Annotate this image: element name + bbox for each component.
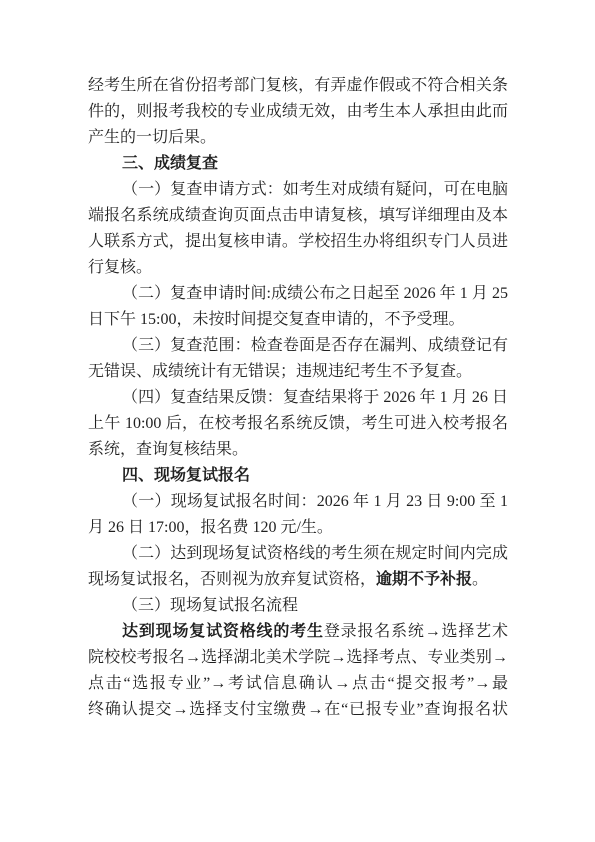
text-line: 人联系方式，提出复核申请。学校招生办将组织专门人员进 (88, 229, 508, 255)
text-line: （二）复查申请时间:成绩公布之日起至 2026 年 1 月 25 (88, 281, 508, 307)
text-line: 日下午 15:00，未按时间提交复查申请的，不予受理。 (88, 307, 508, 333)
text-segment: 件的，则报考我校的专业成绩无效，由考生本人承担由此而 (88, 103, 508, 120)
text-line: 点击“选报专业”→考试信息确认→点击“提交报考”→最 (88, 671, 508, 697)
text-line: （三）复查范围：检查卷面是否存在漏判、成绩登记有 (88, 333, 508, 359)
text-segment: 无错误、成绩统计有无错误；违规违纪考生不予复查。 (88, 363, 472, 380)
bold-text-segment: 达到现场复试资格线的考生 (122, 623, 324, 640)
text-segment: （一）现场复试报名时间：2026 年 1 月 23 日 9:00 至 1 (122, 493, 508, 510)
text-line: （四）复查结果反馈：复查结果将于 2026 年 1 月 26 日 (88, 385, 508, 411)
text-line: 行复核。 (88, 255, 508, 281)
bold-text-segment: 三、成绩复查 (122, 155, 218, 172)
text-line: （一）复查申请方式：如考生对成绩有疑问，可在电脑 (88, 177, 508, 203)
text-line: 产生的一切后果。 (88, 125, 508, 151)
text-line: 件的，则报考我校的专业成绩无效，由考生本人承担由此而 (88, 99, 508, 125)
section-heading: 三、成绩复查 (88, 151, 508, 177)
text-segment: 经考生所在省份招考部门复核，有弄虚作假或不符合相关条 (88, 77, 508, 94)
text-segment: 终确认提交→选择支付宝缴费→在“已报专业”查询报名状 (88, 701, 508, 718)
text-segment: 端报名系统成绩查询页面点击申请复核，填写详细理由及本 (88, 207, 508, 224)
text-line: （二）达到现场复试资格线的考生须在规定时间内完成 (88, 541, 508, 567)
text-line: 月 26 日 17:00，报名费 120 元/生。 (88, 515, 508, 541)
text-line: 经考生所在省份招考部门复核，有弄虚作假或不符合相关条 (88, 73, 508, 99)
text-segment: 产生的一切后果。 (88, 129, 216, 146)
text-segment: （三）现场复试报名流程 (122, 597, 298, 614)
text-segment: 行复核。 (88, 259, 152, 276)
text-line: 上午 10:00 后，在校考报名系统反馈，考生可进入校考报名 (88, 411, 508, 437)
text-line: 现场复试报名，否则视为放弃复试资格，逾期不予补报。 (88, 567, 508, 593)
text-segment: 。 (472, 571, 488, 588)
text-segment: 院校校考报名→选择湖北美术学院→选择考点、专业类别→ (88, 649, 508, 666)
text-segment: 上午 10:00 后，在校考报名系统反馈，考生可进入校考报名 (88, 415, 508, 432)
text-line: 终确认提交→选择支付宝缴费→在“已报专业”查询报名状 (88, 697, 508, 723)
text-line: 端报名系统成绩查询页面点击申请复核，填写详细理由及本 (88, 203, 508, 229)
text-segment: （三）复查范围：检查卷面是否存在漏判、成绩登记有 (122, 337, 508, 354)
text-line: 达到现场复试资格线的考生登录报名系统→选择艺术 (88, 619, 508, 645)
text-line: 无错误、成绩统计有无错误；违规违纪考生不予复查。 (88, 359, 508, 385)
text-segment: 登录报名系统→选择艺术 (324, 623, 508, 640)
text-segment: 月 26 日 17:00，报名费 120 元/生。 (88, 519, 333, 536)
text-segment: 系统，查询复核结果。 (88, 441, 248, 458)
text-line: （一）现场复试报名时间：2026 年 1 月 23 日 9:00 至 1 (88, 489, 508, 515)
text-segment: （一）复查申请方式：如考生对成绩有疑问，可在电脑 (122, 181, 508, 198)
text-segment: 人联系方式，提出复核申请。学校招生办将组织专门人员进 (88, 233, 508, 250)
text-line: （三）现场复试报名流程 (88, 593, 508, 619)
text-segment: （四）复查结果反馈：复查结果将于 2026 年 1 月 26 日 (122, 389, 508, 406)
bold-text-segment: 逾期不予补报 (376, 571, 472, 588)
text-segment: 点击“选报专业”→考试信息确认→点击“提交报考”→最 (88, 675, 508, 692)
text-line: 院校校考报名→选择湖北美术学院→选择考点、专业类别→ (88, 645, 508, 671)
text-block: 经考生所在省份招考部门复核，有弄虚作假或不符合相关条件的，则报考我校的专业成绩无… (88, 73, 508, 723)
text-segment: 日下午 15:00，未按时间提交复查申请的，不予受理。 (88, 311, 464, 328)
text-line: 系统，查询复核结果。 (88, 437, 508, 463)
section-heading: 四、现场复试报名 (88, 463, 508, 489)
text-segment: 现场复试报名，否则视为放弃复试资格， (88, 571, 376, 588)
text-segment: （二）达到现场复试资格线的考生须在规定时间内完成 (122, 545, 508, 562)
text-segment: （二）复查申请时间:成绩公布之日起至 2026 年 1 月 25 (122, 285, 508, 302)
document-page: 经考生所在省份招考部门复核，有弄虚作假或不符合相关条件的，则报考我校的专业成绩无… (0, 0, 595, 842)
bold-text-segment: 四、现场复试报名 (122, 467, 250, 484)
